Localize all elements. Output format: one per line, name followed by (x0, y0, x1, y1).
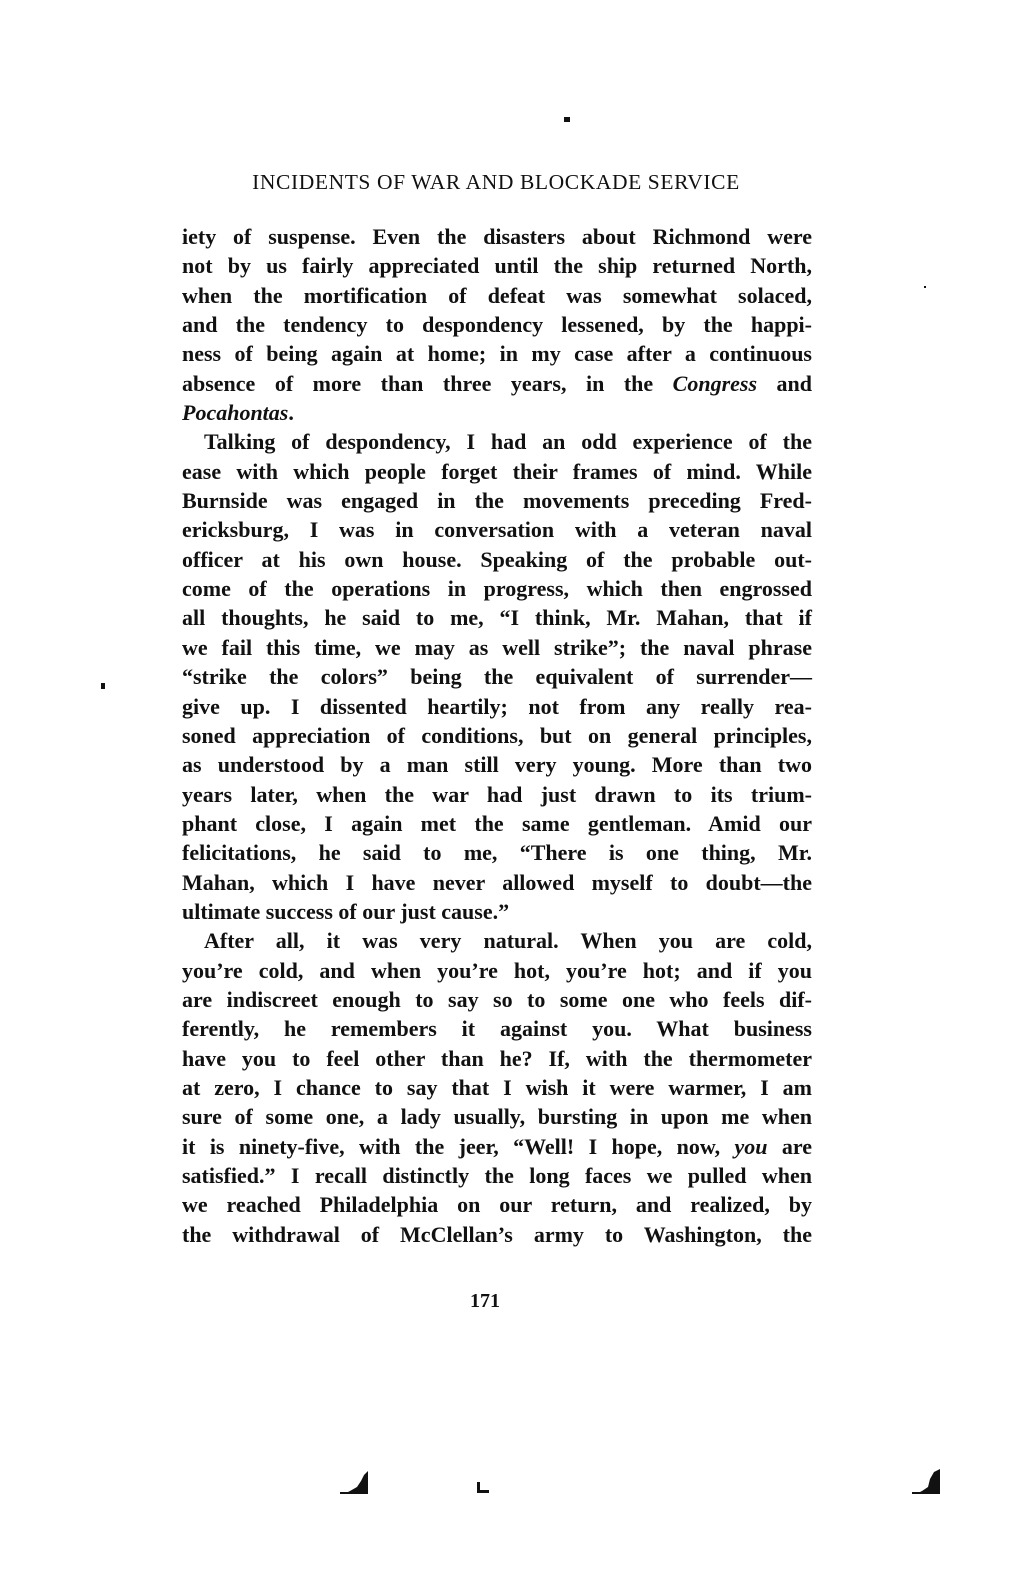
text-segment: ultimate success of our just cause.” (182, 899, 509, 924)
italic-text: Congress (673, 371, 757, 396)
text-line: it is ninety-five, with the jeer, “Well!… (182, 1132, 812, 1161)
scan-speck-mark (101, 683, 105, 689)
text-segment: are indiscreet enough to say so to some … (182, 987, 812, 1012)
text-line: After all, it was very natural. When you… (182, 926, 812, 955)
text-line: the withdrawal of McClellan’s army to Wa… (182, 1220, 812, 1249)
text-line: iety of suspense. Even the disasters abo… (182, 222, 812, 251)
body-text: iety of suspense. Even the disasters abo… (182, 222, 812, 1249)
text-segment: soned appreciation of conditions, but on… (182, 723, 812, 748)
text-segment: Burnside was engaged in the movements pr… (182, 488, 812, 513)
text-line: years later, when the war had just drawn… (182, 780, 812, 809)
scan-speck-mark (924, 286, 926, 288)
text-segment: and the tendency to despondency lessened… (182, 312, 812, 337)
scan-corner-mark-icon (475, 1480, 495, 1496)
text-segment: you’re cold, and when you’re hot, you’re… (182, 958, 812, 983)
text-line: ultimate success of our just cause.” (182, 897, 812, 926)
text-segment: the withdrawal of McClellan’s army to Wa… (182, 1222, 812, 1247)
text-line: sure of some one, a lady usually, bursti… (182, 1102, 812, 1131)
italic-text: Pocahontas (182, 400, 288, 425)
text-line: felicitations, he said to me, “There is … (182, 838, 812, 867)
text-segment: when the mortification of defeat was som… (182, 283, 812, 308)
text-line: not by us fairly appreciated until the s… (182, 251, 812, 280)
scan-corner-mark-icon (912, 1465, 942, 1495)
text-segment: come of the operations in progress, whic… (182, 576, 812, 601)
text-segment: “strike the colors” being the equivalent… (182, 664, 812, 689)
text-segment: years later, when the war had just drawn… (182, 782, 812, 807)
text-line: all thoughts, he said to me, “I think, M… (182, 603, 812, 632)
text-segment: iety of suspense. Even the disasters abo… (182, 224, 812, 249)
text-line: officer at his own house. Speaking of th… (182, 545, 812, 574)
scan-corner-mark-icon (340, 1465, 370, 1495)
text-line: give up. I dissented heartily; not from … (182, 692, 812, 721)
text-segment: at zero, I chance to say that I wish it … (182, 1075, 812, 1100)
text-line: when the mortification of defeat was som… (182, 281, 812, 310)
text-line: Pocahontas. (182, 398, 812, 427)
text-segment: felicitations, he said to me, “There is … (182, 840, 812, 865)
text-segment: satisfied.” I recall distinctly the long… (182, 1163, 812, 1188)
text-line: we reached Philadelphia on our return, a… (182, 1190, 812, 1219)
text-line: at zero, I chance to say that I wish it … (182, 1073, 812, 1102)
text-segment: have you to feel other than he? If, with… (182, 1046, 812, 1071)
text-segment: we fail this time, we may as well strike… (182, 635, 812, 660)
text-line: soned appreciation of conditions, but on… (182, 721, 812, 750)
text-segment: it is ninety-five, with the jeer, “Well!… (182, 1134, 734, 1159)
text-segment: as understood by a man still very young.… (182, 752, 812, 777)
text-line: as understood by a man still very young.… (182, 750, 812, 779)
text-segment: ericksburg, I was in conversation with a… (182, 517, 812, 542)
running-head: INCIDENTS OF WAR AND BLOCKADE SERVICE (182, 170, 810, 195)
text-segment: and (757, 371, 812, 396)
text-line: ness of being again at home; in my case … (182, 339, 812, 368)
text-segment: officer at his own house. Speaking of th… (182, 547, 812, 572)
text-line: Mahan, which I have never allowed myself… (182, 868, 812, 897)
text-segment: sure of some one, a lady usually, bursti… (182, 1104, 812, 1129)
text-segment: are (767, 1134, 812, 1159)
text-segment: Talking of despondency, I had an odd exp… (204, 429, 812, 454)
text-line: are indiscreet enough to say so to some … (182, 985, 812, 1014)
text-line: ease with which people forget their fram… (182, 457, 812, 486)
text-line: phant close, I again met the same gentle… (182, 809, 812, 838)
text-line: come of the operations in progress, whic… (182, 574, 812, 603)
italic-text: you (734, 1134, 767, 1159)
text-line: ferently, he remembers it against you. W… (182, 1014, 812, 1043)
text-segment: not by us fairly appreciated until the s… (182, 253, 812, 278)
text-segment: After all, it was very natural. When you… (204, 928, 812, 953)
text-line: absence of more than three years, in the… (182, 369, 812, 398)
text-line: ericksburg, I was in conversation with a… (182, 515, 812, 544)
book-page: INCIDENTS OF WAR AND BLOCKADE SERVICE ie… (0, 0, 1015, 1588)
text-segment: ness of being again at home; in my case … (182, 341, 812, 366)
text-segment: all thoughts, he said to me, “I think, M… (182, 605, 812, 630)
text-line: have you to feel other than he? If, with… (182, 1044, 812, 1073)
text-line: you’re cold, and when you’re hot, you’re… (182, 956, 812, 985)
text-line: Talking of despondency, I had an odd exp… (182, 427, 812, 456)
text-segment: ease with which people forget their fram… (182, 459, 812, 484)
text-segment: . (288, 400, 294, 425)
text-segment: ferently, he remembers it against you. W… (182, 1016, 812, 1041)
scan-speck-mark (564, 117, 570, 122)
text-segment: absence of more than three years, in the (182, 371, 673, 396)
text-segment: give up. I dissented heartily; not from … (182, 694, 812, 719)
text-line: “strike the colors” being the equivalent… (182, 662, 812, 691)
text-line: we fail this time, we may as well strike… (182, 633, 812, 662)
page-number: 171 (455, 1290, 515, 1313)
text-line: satisfied.” I recall distinctly the long… (182, 1161, 812, 1190)
text-segment: Mahan, which I have never allowed myself… (182, 870, 812, 895)
text-segment: we reached Philadelphia on our return, a… (182, 1192, 812, 1217)
text-line: and the tendency to despondency lessened… (182, 310, 812, 339)
text-line: Burnside was engaged in the movements pr… (182, 486, 812, 515)
text-segment: phant close, I again met the same gentle… (182, 811, 812, 836)
